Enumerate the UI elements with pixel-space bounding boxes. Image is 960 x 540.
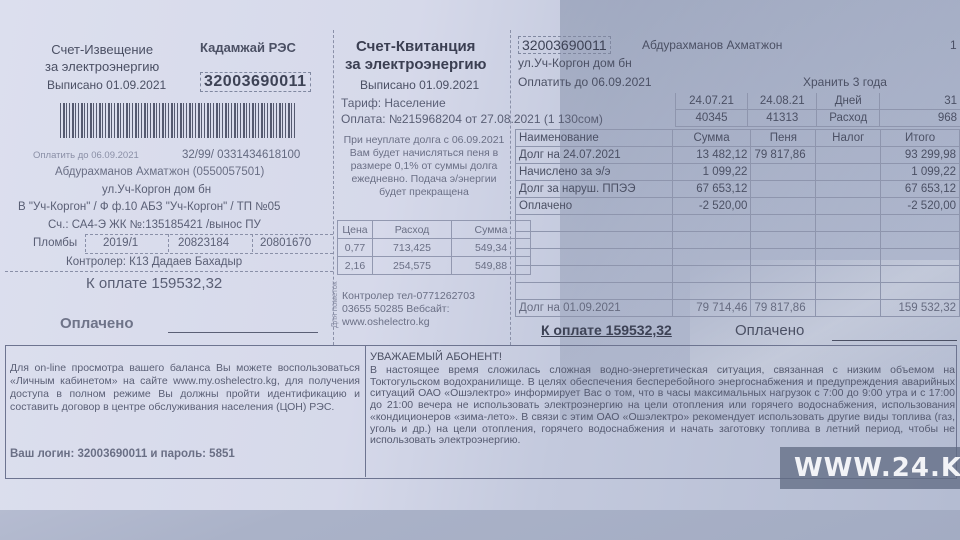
seal-divider (168, 234, 169, 252)
watermark-text: WWW.24.KG (794, 453, 960, 483)
charge-sum: 13 482,12 (672, 147, 751, 164)
reading-prev-date: 24.07.21 (676, 93, 748, 110)
receipt-penalty-warning: При неуплате долга с 06.09.2021 Вам буде… (340, 134, 508, 199)
stub-address: ул.Уч-Коргон дом бн (518, 56, 632, 70)
charge-penalty: 79 817,86 (751, 147, 816, 164)
table-row: Долг за наруш. ППЭЭ 67 653,12 67 653,12 (516, 181, 960, 198)
login-credentials: Ваш логин: 32003690011 и пароль: 5851 (10, 448, 235, 460)
receipt-issued-date: Выписано 01.09.2021 (360, 78, 479, 92)
table-row: 2,16 254,575 549,88 (338, 257, 531, 275)
rate-header-usage: Расход (373, 221, 452, 239)
notification-feeder: В "Уч-Коргон" / Ф ф.10 АБЗ "Уч-Коргон" /… (18, 201, 280, 213)
notification-divider (5, 271, 333, 272)
total-penalty: 79 817,86 (751, 300, 816, 317)
header-name: Наименование (516, 130, 673, 147)
notes-side-label: Для пометок (330, 281, 339, 328)
charge-total: 67 653,12 (881, 181, 960, 198)
charge-sum: 1 099,22 (672, 164, 751, 181)
total-name: Долг на 01.09.2021 (516, 300, 673, 317)
stub-paid-signature-line (832, 340, 957, 341)
table-row-empty (516, 232, 960, 249)
divider-middle (510, 30, 511, 345)
reading-curr-value: 41313 (748, 110, 817, 127)
notification-due-date: Оплатить до 06.09.2021 (33, 150, 139, 161)
days-label: Дней (817, 93, 879, 110)
notification-paid-label: Оплачено (60, 315, 134, 332)
notification-title: Счет-Извещение за электроэнергию (45, 41, 159, 75)
stub-to-pay: К оплате 159532,32 (541, 322, 672, 338)
notification-title-line2: за электроэнергию (45, 58, 159, 75)
notification-paid-signature-line (168, 332, 318, 333)
notice-title: УВАЖАЕМЫЙ АБОНЕНТ! (370, 351, 502, 363)
charge-total: 1 099,22 (881, 164, 960, 181)
table-row-empty (516, 249, 960, 266)
total-sum: 79 714,46 (672, 300, 751, 317)
charge-penalty (751, 181, 816, 198)
stub-account-number: 32003690011 (518, 36, 611, 54)
notice-text: В настоящее время сложилась сложная водн… (370, 365, 955, 447)
charge-tax (816, 147, 881, 164)
res-name: Кадамжай РЭС (200, 40, 296, 55)
seal-1: 2019/1 (103, 237, 138, 249)
reading-prev-value: 40345 (676, 110, 748, 127)
seal-2: 20823184 (178, 237, 229, 249)
rate-price: 0,77 (338, 239, 373, 257)
seals-border-bottom (85, 253, 333, 254)
rate-header-price: Цена (338, 221, 373, 239)
table-row: 0,77 713,425 549,34 (338, 239, 531, 257)
notification-title-line1: Счет-Извещение (45, 41, 159, 58)
rate-usage: 254,575 (373, 257, 452, 275)
charge-name: Оплачено (516, 198, 673, 215)
charges-table: Наименование Сумма Пеня Налог Итого Долг… (515, 129, 960, 317)
seals-border-top (85, 234, 333, 235)
receipt-contact: Контролер тел-0771262703 03655 50285 Веб… (342, 290, 475, 329)
contact-phone-2: 03655 50285 Вебсайт: (342, 303, 475, 316)
rate-table-header: Цена Расход Сумма (338, 221, 531, 239)
total-tax (816, 300, 881, 317)
charge-name: Долг за наруш. ППЭЭ (516, 181, 673, 198)
charge-sum: -2 520,00 (672, 198, 751, 215)
table-row: Оплачено -2 520,00 -2 520,00 (516, 198, 960, 215)
charge-penalty (751, 164, 816, 181)
header-total: Итого (881, 130, 960, 147)
header-penalty: Пеня (751, 130, 816, 147)
usage-label: Расход (817, 110, 879, 127)
total-total: 159 532,32 (881, 300, 960, 317)
notification-meter: Сч.: СА4-Э ЖК №:135185421 /вынос ПУ (48, 219, 261, 231)
rate-price: 2,16 (338, 257, 373, 275)
notification-account-number: 32003690011 (200, 72, 311, 92)
table-row-empty (516, 266, 960, 283)
rate-usage: 713,425 (373, 239, 452, 257)
charge-name: Начислено за э/э (516, 164, 673, 181)
table-row-empty (516, 215, 960, 232)
seal-divider (85, 234, 86, 252)
receipt-title: Счет-Квитанция за электроэнергию (345, 38, 486, 74)
notification-controller: Контролер: К13 Дадаев Бахадыр (66, 256, 242, 268)
table-row: 24.07.21 24.08.21 Дней 31 (676, 93, 960, 110)
seal-3: 20801670 (260, 237, 311, 249)
notification-issued-date: Выписано 01.09.2021 (47, 78, 166, 92)
charges-total-row: Долг на 01.09.2021 79 714,46 79 817,86 1… (516, 300, 960, 317)
table-row: Долг на 24.07.2021 13 482,12 79 817,86 9… (516, 147, 960, 164)
notification-to-pay: К оплате 159532,32 (86, 275, 222, 292)
charge-sum: 67 653,12 (672, 181, 751, 198)
charge-tax (816, 198, 881, 215)
contact-website: www.oshelectro.kg (342, 316, 475, 329)
header-tax: Налог (816, 130, 881, 147)
table-row: Начислено за э/э 1 099,22 1 099,22 (516, 164, 960, 181)
charge-tax (816, 164, 881, 181)
charges-header: Наименование Сумма Пеня Налог Итого (516, 130, 960, 147)
charge-penalty (751, 198, 816, 215)
table-row: 40345 41313 Расход 968 (676, 110, 960, 127)
stub-keep-note: Хранить 3 года (803, 75, 887, 89)
contact-phone: Контролер тел-0771262703 (342, 290, 475, 303)
stub-paid-label: Оплачено (735, 322, 804, 339)
receipt-title-line1: Счет-Квитанция (345, 38, 486, 56)
charge-name: Долг на 24.07.2021 (516, 147, 673, 164)
notification-address: ул.Уч-Коргон дом бн (102, 184, 211, 196)
header-sum: Сумма (672, 130, 751, 147)
watermark: WWW.24.KG (780, 447, 960, 489)
notification-subscriber: Абдурахманов Ахматжон (0550057501) (55, 166, 264, 178)
charge-total: -2 520,00 (881, 198, 960, 215)
notification-code: 32/99/ 0331434618100 (182, 149, 300, 161)
seal-divider (252, 234, 253, 252)
stub-due-date: Оплатить до 06.09.2021 (518, 75, 652, 89)
usage-value: 968 (879, 110, 960, 127)
rate-table: Цена Расход Сумма 0,77 713,425 549,34 2,… (337, 220, 531, 275)
table-row-empty (516, 283, 960, 300)
stub-page-number: 1 (950, 38, 957, 52)
online-cabinet-info: Для on-line просмотра вашего баланса Вы … (10, 362, 360, 414)
stub-subscriber: Абдурахманов Ахматжон (642, 38, 782, 52)
barcode (60, 103, 297, 138)
reading-curr-date: 24.08.21 (748, 93, 817, 110)
receipt-tariff: Тариф: Население (341, 96, 446, 110)
charge-total: 93 299,98 (881, 147, 960, 164)
seals-label: Пломбы (33, 237, 77, 249)
meter-readings-table: 24.07.21 24.08.21 Дней 31 40345 41313 Ра… (675, 93, 960, 127)
receipt-title-line2: за электроэнергию (345, 56, 486, 74)
receipt-last-payment: Оплата: №215968204 от 27.08.2021 (1 130с… (341, 112, 603, 126)
charge-tax (816, 181, 881, 198)
days-value: 31 (879, 93, 960, 110)
